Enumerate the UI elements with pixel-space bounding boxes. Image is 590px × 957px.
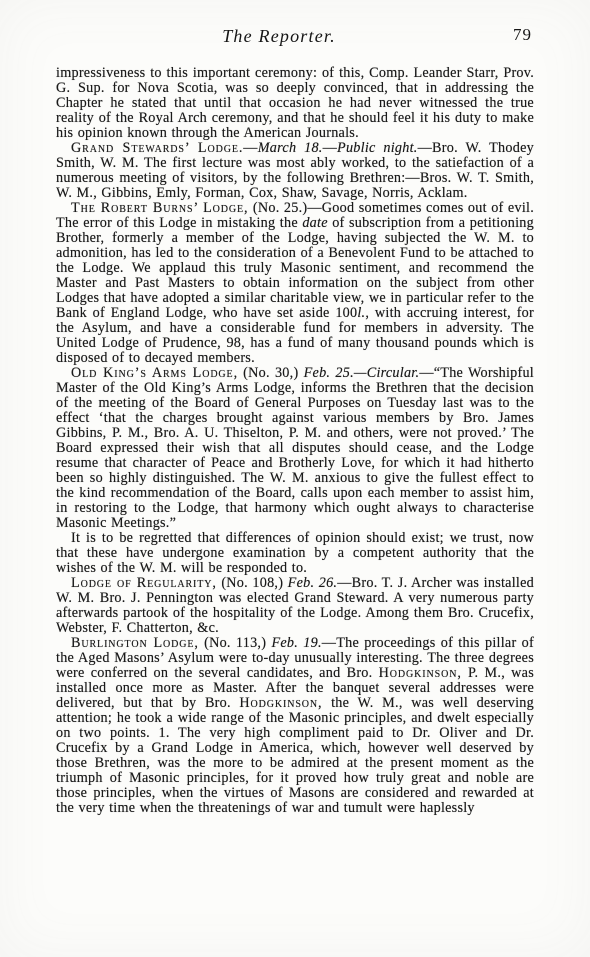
- text-run-normal: (No. 113,): [199, 635, 272, 651]
- text-run-italic: Feb. 26.: [288, 575, 338, 591]
- paragraph-4: Old King’s Arms Lodge, (No. 30,) Feb. 25…: [56, 366, 534, 531]
- text-run-normal: the W. M., was well deserving attention;…: [56, 695, 534, 816]
- paragraph-6: Lodge of Regularity, (No. 108,) Feb. 26.…: [56, 576, 534, 636]
- text-run-smallcaps: Hodgkinson,: [239, 695, 322, 711]
- text-run-normal: It is to be regretted that differences o…: [56, 530, 534, 576]
- text-run-normal: —“The Worshipful Master of the Old King’…: [56, 365, 534, 531]
- paragraph-2: Grand Stewards’ Lodge.—March 18.—Public …: [56, 141, 534, 201]
- text-run-italic: date: [302, 215, 327, 231]
- paragraph-1: impressiveness to this important ceremon…: [56, 66, 534, 141]
- text-run-smallcaps: Burlington Lodge,: [71, 635, 199, 651]
- text-run-smallcaps: Hodgkinson,: [379, 665, 462, 681]
- page-number: 79: [513, 25, 532, 45]
- text-run-smallcaps: The Robert Burns’ Lodge,: [71, 200, 248, 216]
- paragraph-3: The Robert Burns’ Lodge, (No. 25.)—Good …: [56, 201, 534, 366]
- text-run-italic: Feb. 25.—Circular.: [304, 365, 420, 381]
- text-run-normal: (No. 30,): [238, 365, 304, 381]
- text-run-italic: Public night.: [337, 140, 418, 156]
- paragraph-7: Burlington Lodge, (No. 113,) Feb. 19.—Th…: [56, 636, 534, 816]
- article-body: impressiveness to this important ceremon…: [56, 66, 534, 816]
- text-run-smallcaps: Old King’s Arms Lodge,: [71, 365, 238, 381]
- text-run-italic: Feb. 19.: [271, 635, 321, 651]
- scanned-page: The Reporter. 79 impressiveness to this …: [0, 0, 590, 957]
- text-run-normal: (No. 108,): [217, 575, 288, 591]
- text-run-smallcaps: Lodge of Regularity,: [71, 575, 217, 591]
- paragraph-5: It is to be regretted that differences o…: [56, 531, 534, 576]
- journal-title: The Reporter.: [40, 26, 518, 47]
- text-run-normal: impressiveness to this important ceremon…: [56, 65, 534, 141]
- text-run-normal: —: [323, 140, 337, 156]
- text-run-smallcaps: Grand Stewards’ Lodge.: [71, 140, 243, 156]
- text-run-italic: March 18.: [258, 140, 323, 156]
- running-header: The Reporter. 79: [56, 26, 534, 50]
- text-run-normal: —: [243, 140, 257, 156]
